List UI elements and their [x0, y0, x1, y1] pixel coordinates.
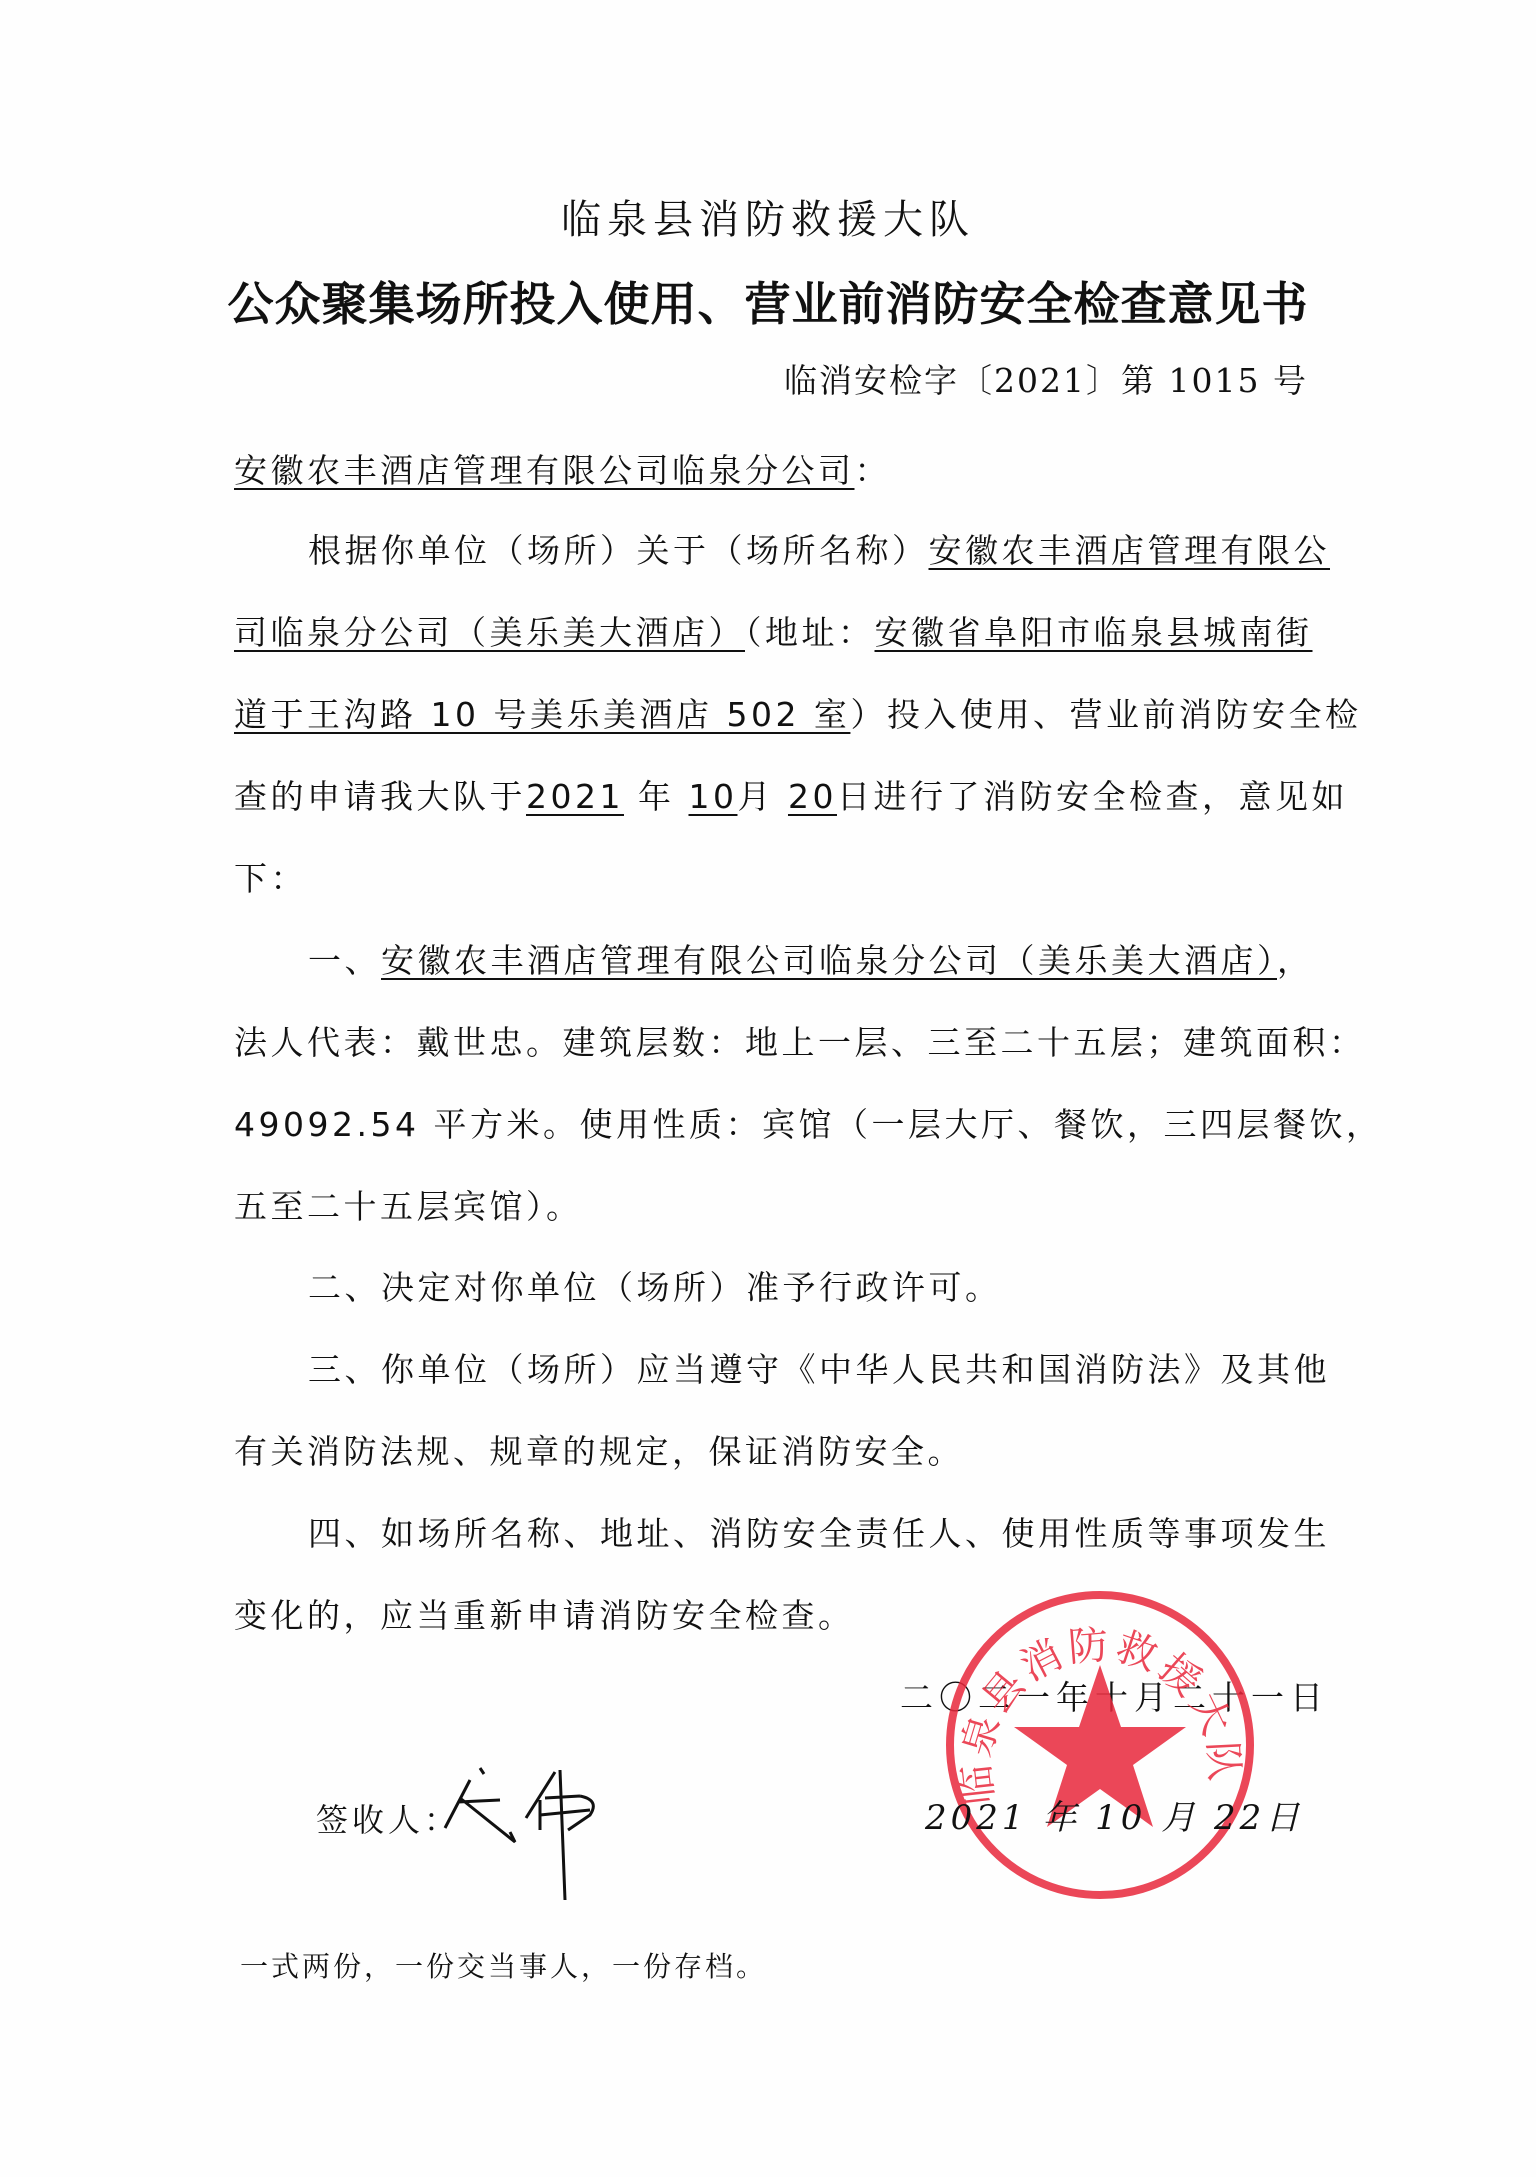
item-four-line-1: 四、如场所名称、地址、消防安全责任人、使用性质等事项发生	[308, 1508, 1330, 1555]
receipt-date: 2021 年 10 月 22日	[925, 1790, 1303, 1839]
item-three-line-1: 三、你单位（场所）应当遵守《中华人民共和国消防法》及其他	[308, 1344, 1330, 1391]
intro-text: ）投入使用、营业前消防安全检	[850, 695, 1361, 734]
handwritten-signature	[440, 1760, 620, 1910]
organization-name: 临泉县消防救援大队	[0, 188, 1536, 245]
document-title: 公众聚集场所投入使用、营业前消防安全检查意见书	[0, 268, 1536, 334]
intro-line-4: 查的申请我大队于2021 年 10月 20日进行了消防安全检查，意见如	[234, 771, 1348, 818]
addressee-colon: ：	[855, 451, 892, 490]
intro-line-2: 司临泉分公司（美乐美大酒店）（地址：安徽省阜阳市临泉县城南街	[234, 607, 1313, 654]
address-label: （地址：	[745, 613, 875, 652]
venue-name-part2: 司临泉分公司（美乐美大酒店）	[234, 613, 745, 652]
address-part2: 道于王沟路 10 号美乐美酒店 502 室	[234, 695, 850, 734]
comma: ，	[1277, 941, 1314, 980]
addressee-name: 安徽农丰酒店管理有限公司临泉分公司	[234, 451, 855, 490]
intro-text: 日进行了消防安全检查，意见如	[837, 777, 1348, 816]
venue-name-part1: 安徽农丰酒店管理有限公	[929, 531, 1331, 570]
address-part1: 安徽省阜阳市临泉县城南街	[875, 613, 1313, 652]
year-unit: 年	[638, 777, 675, 816]
item-four-line-2: 变化的，应当重新申请消防安全检查。	[234, 1590, 855, 1637]
intro-line-3: 道于王沟路 10 号美乐美酒店 502 室）投入使用、营业前消防安全检	[234, 689, 1361, 736]
document-number: 临消安检字〔2021〕第 1015 号	[784, 355, 1308, 402]
venue-full-name: 安徽农丰酒店管理有限公司临泉分公司（美乐美大酒店）	[381, 941, 1277, 980]
intro-text: 根据你单位（场所）关于（场所名称）	[308, 531, 929, 570]
item-one-line-1: 一、安徽农丰酒店管理有限公司临泉分公司（美乐美大酒店），	[308, 935, 1314, 982]
intro-text: 查的申请我大队于	[234, 777, 526, 816]
item-three-line-2: 有关消防法规、规章的规定，保证消防安全。	[234, 1426, 964, 1473]
item-one-line-2: 法人代表：戴世忠。建筑层数：地上一层、三至二十五层；建筑面积：	[234, 1017, 1366, 1064]
intro-line-5: 下：	[234, 853, 307, 900]
inspection-day: 20	[788, 777, 837, 816]
item-two-text: 二、决定对你单位（场所）准予行政许可。	[308, 1262, 1002, 1309]
item-number: 一、	[308, 941, 381, 980]
inspection-year: 2021	[526, 777, 624, 816]
intro-line-1: 根据你单位（场所）关于（场所名称）安徽农丰酒店管理有限公	[308, 525, 1330, 572]
item-one-line-4: 五至二十五层宾馆）。	[234, 1181, 583, 1228]
official-seal-stamp: 临泉县消防救援大队	[940, 1585, 1260, 1905]
recipient-label: 签收人：	[316, 1795, 460, 1841]
month-unit: 月	[737, 777, 774, 816]
item-one-line-3: 49092.54 平方米。使用性质：宾馆（一层大厅、餐饮，三四层餐饮，	[234, 1099, 1382, 1146]
document-page: 临泉县消防救援大队 公众聚集场所投入使用、营业前消防安全检查意见书 临消安检字〔…	[0, 0, 1536, 2177]
copies-note: 一式两份，一份交当事人，一份存档。	[240, 1945, 767, 1985]
inspection-month: 10	[688, 777, 737, 816]
